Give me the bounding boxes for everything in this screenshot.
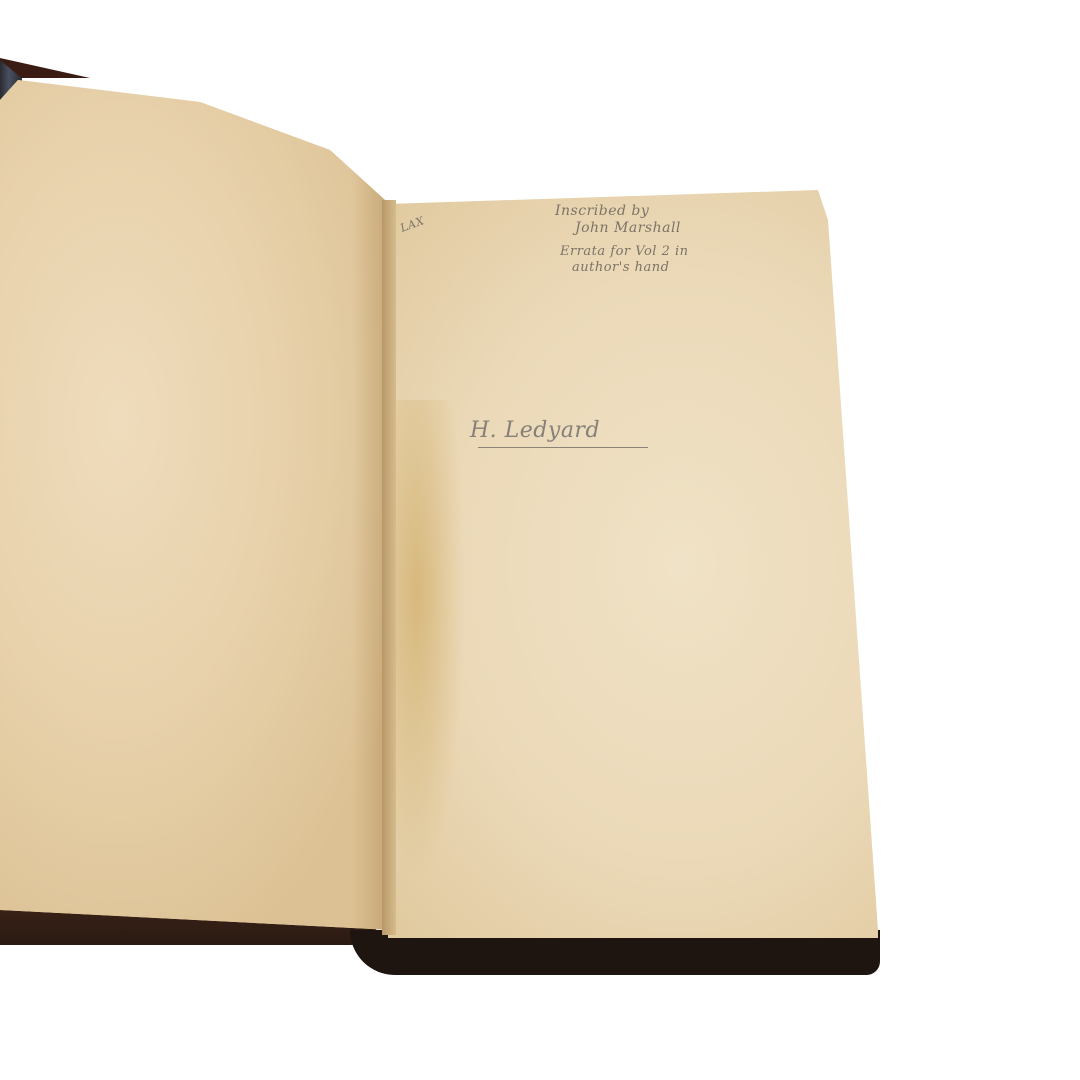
inscription-line-2: John Marshall xyxy=(575,220,681,236)
signature: H. Ledyard xyxy=(470,418,600,443)
inscription-line-4: author's hand xyxy=(572,260,669,275)
photo-scene: LAX Inscribed by John Marshall Errata fo… xyxy=(0,0,1080,1080)
inscription-line-3: Errata for Vol 2 in xyxy=(560,244,689,259)
signature-underline xyxy=(478,447,648,448)
left-endpaper xyxy=(0,80,392,930)
book-gutter xyxy=(382,200,396,935)
inscription-line-1: Inscribed by xyxy=(555,203,649,219)
water-stain xyxy=(396,400,466,880)
